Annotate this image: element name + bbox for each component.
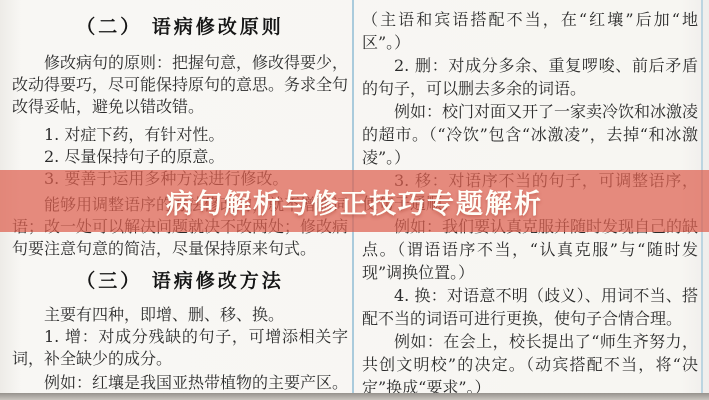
method-add-example: 例如：红壤是我国亚热带植物的主要产区。 bbox=[12, 372, 348, 394]
principle-item-1: 1. 对症下药，有针对性。 bbox=[12, 124, 348, 146]
method-delete-paragraph: 2. 删：对成分多余、重复啰唆、前后矛盾的句子，可以删去多余的词语。 bbox=[362, 54, 698, 100]
method-add-example-note: （主语和宾语搭配不当，在“红壤”后加“地区”。） bbox=[362, 8, 698, 54]
section-heading-3: （三） 语病修改方法 bbox=[12, 268, 348, 294]
textbook-page: （二） 语病修改原则 修改病句的原则：把握句意，修改得要少，改动得要巧，尽可能保… bbox=[0, 0, 709, 400]
method-replace-paragraph: 4. 换：对语意不明（歧义）、用词不当、搭配不当的词语可进行更换，使句子合情合理… bbox=[362, 284, 698, 330]
principles-intro-paragraph: 修改病句的原则：把握句意，修改得要少，改动得要巧，尽可能保持原句的意思。务求全句… bbox=[12, 52, 348, 118]
banner-title: 病句解析与修正技巧专题解析 bbox=[166, 182, 543, 221]
page-bottom-edge-shadow bbox=[0, 393, 709, 400]
method-delete-example: 例如：校门对面又开了一家卖冷饮和冰激凌的超市。（“冷饮”包含“冰激凌”，去掉“和… bbox=[362, 100, 698, 169]
section-heading-2: （二） 语病修改原则 bbox=[12, 14, 348, 40]
method-replace-example: 例如：在会上，校长提出了“师生齐努力，共创文明校”的决定。（动宾搭配不当，将“决… bbox=[362, 330, 698, 399]
principle-item-2: 2. 尽量保持句子的原意。 bbox=[12, 146, 348, 168]
methods-intro-line: 主要有四种，即增、删、移、换。 bbox=[12, 304, 348, 326]
title-banner-overlay: 病句解析与修正技巧专题解析 bbox=[0, 170, 709, 232]
method-add-paragraph: 1. 增：对成分残缺的句子，可增添相关字词，补全缺少的成分。 bbox=[12, 326, 348, 370]
